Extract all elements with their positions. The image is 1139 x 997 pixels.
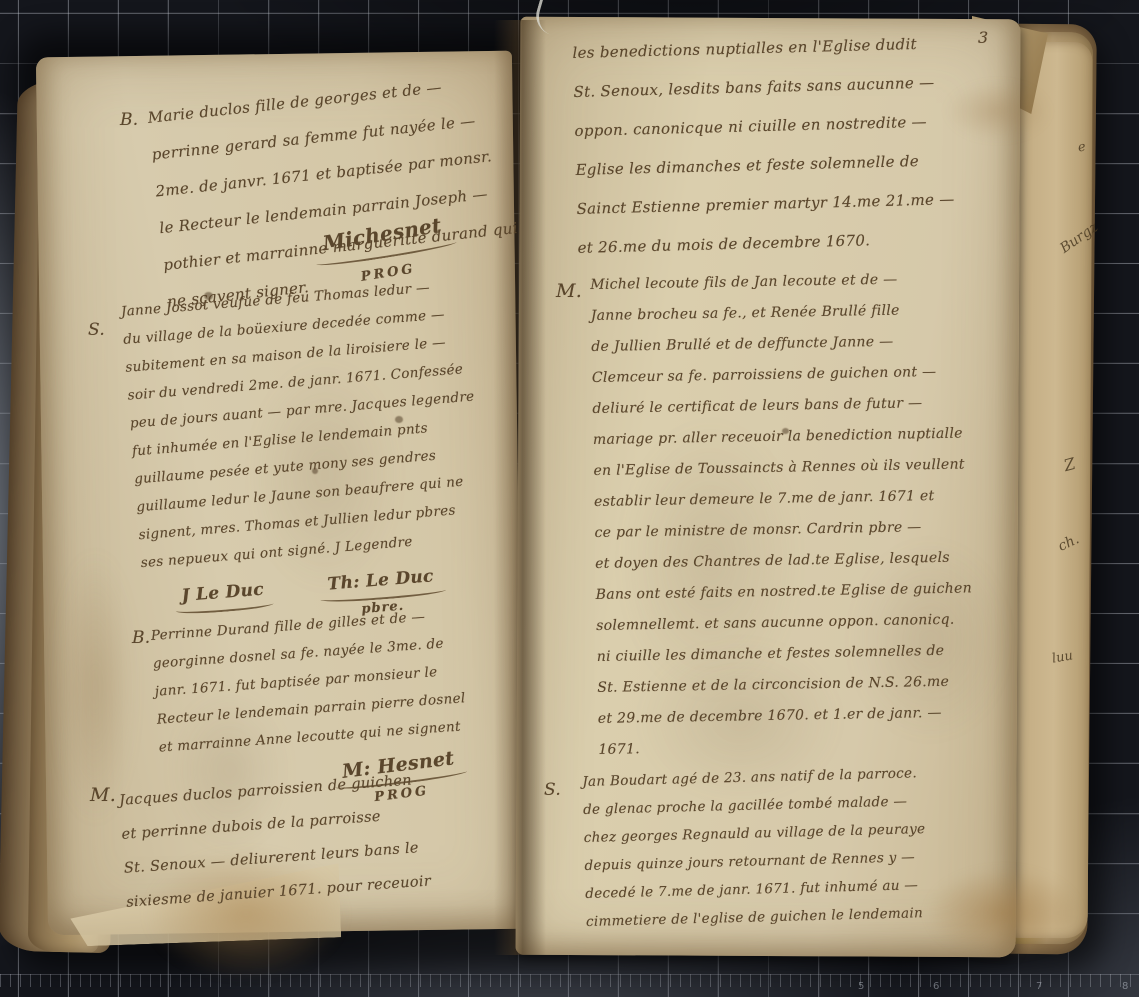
marriage-entry-michel-lecoute: Michel lecoute fils de Jan lecoute et de…	[590, 262, 1051, 766]
mat-ruler-number: 5	[858, 981, 864, 992]
margin-letter-sepulture: S.	[88, 320, 105, 340]
photo-of-open-parish-register: 5 6 7 8 B. S. B. M. Marie duclos fille d…	[0, 0, 1139, 997]
baptism-entry-perrinne-durand: Perrinne Durand fille de gilles et de — …	[150, 595, 551, 762]
mat-ruler-number: 8	[1122, 981, 1128, 992]
marriage-bans-continuation: les benedictions nuptialles en l'Eglise …	[572, 22, 1030, 268]
mat-ruler-ticks	[0, 974, 1139, 987]
margin-letter-marriage: M.	[556, 280, 582, 302]
margin-letter-marriage: M.	[90, 784, 116, 806]
water-stain	[58, 552, 132, 822]
burial-entry-jan-boudart: Jan Boudart agé de 23. ans natif de la p…	[582, 756, 1048, 936]
margin-letter-sepulture: S.	[544, 780, 561, 800]
mat-ruler-number: 6	[933, 981, 939, 992]
signature-name: Th: Le Duc	[327, 562, 435, 598]
burial-entry-janne-jossot: Janne Jossot veufue de feu Thomas ledur …	[120, 266, 558, 641]
marriage-bans-entry-jacques-duclos: Jacques duclos parroissien de guichen et…	[118, 755, 538, 919]
signature-name: J Le Duc	[180, 576, 264, 610]
margin-letter-baptism: B.	[120, 110, 139, 130]
mat-ruler-number: 7	[1036, 981, 1042, 992]
